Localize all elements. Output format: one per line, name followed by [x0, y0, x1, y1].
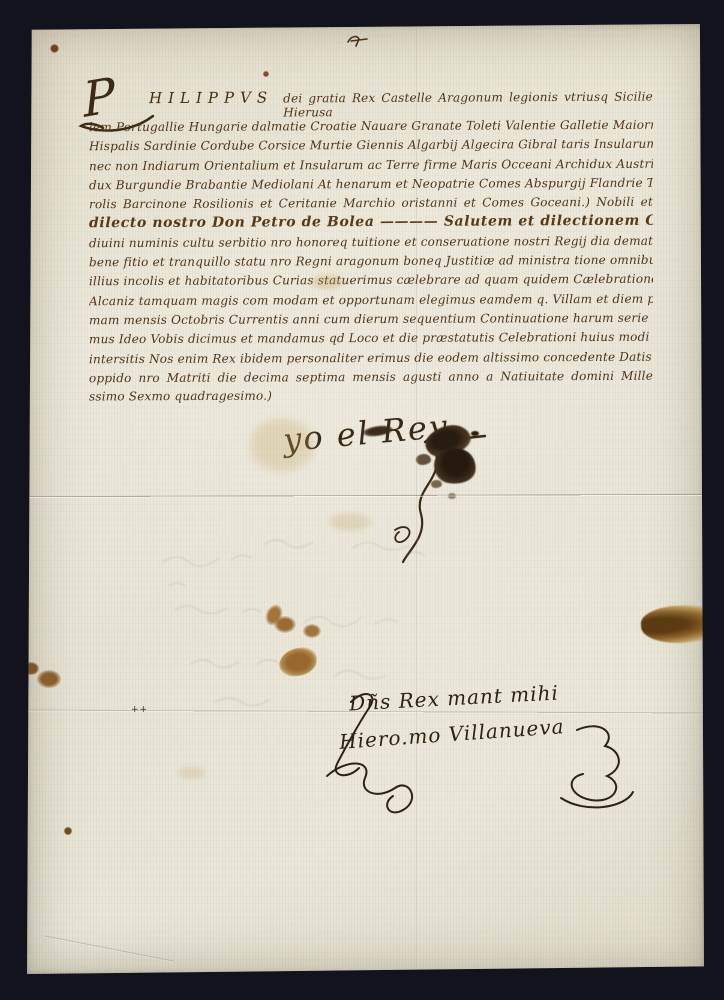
stain-left-edge	[23, 662, 39, 675]
manuscript-line: nec non Indiarum Orientalium et Insularu…	[89, 154, 653, 176]
photo-frame: P HILIPPVS dei gratia Rex Castelle Arago…	[0, 0, 724, 1000]
manuscript-line: intersitis Nos enim Rex ibidem personali…	[89, 347, 653, 369]
manuscript-line: mus Ideo Vobis dicimus et mandamus qd Lo…	[89, 328, 653, 350]
stain-left-edge	[37, 670, 61, 688]
stain-dot	[64, 827, 72, 835]
fold-crease-corner	[44, 935, 174, 962]
stain-faint	[177, 766, 207, 780]
margin-plus-marks: ++	[131, 705, 148, 715]
manuscript-line: illius incolis et habitatoribus Curias s…	[89, 270, 653, 292]
heading-royal-name: HILIPPVS	[149, 89, 273, 108]
stain-dot	[263, 71, 269, 77]
stain-right-edge	[640, 603, 724, 646]
heading-line: HILIPPVS dei gratia Rex Castelle Aragonu…	[89, 87, 653, 119]
manuscript-line: Alcaniz tamquam magis com modam et oppor…	[89, 289, 653, 311]
stain-dot	[50, 44, 59, 53]
heading-titles: dei gratia Rex Castelle Aragonum legioni…	[273, 90, 653, 120]
manuscript-line-address: dilecto nostro Don Petro de Bolea ———— S…	[89, 212, 653, 234]
manuscript-paper: P HILIPPVS dei gratia Rex Castelle Arago…	[27, 24, 704, 974]
secretary-flourish	[325, 680, 645, 824]
invocation-cross-mark	[345, 32, 371, 54]
manuscript-line: diuini numinis cultu serbitio nro honore…	[89, 232, 653, 254]
manuscript-line: Hispalis Sardinie Cordube Corsice Murtie…	[89, 135, 653, 157]
letter-body: P HILIPPVS dei gratia Rex Castelle Arago…	[89, 88, 653, 406]
manuscript-line: oppido nro Matriti die decima septima me…	[89, 367, 653, 389]
